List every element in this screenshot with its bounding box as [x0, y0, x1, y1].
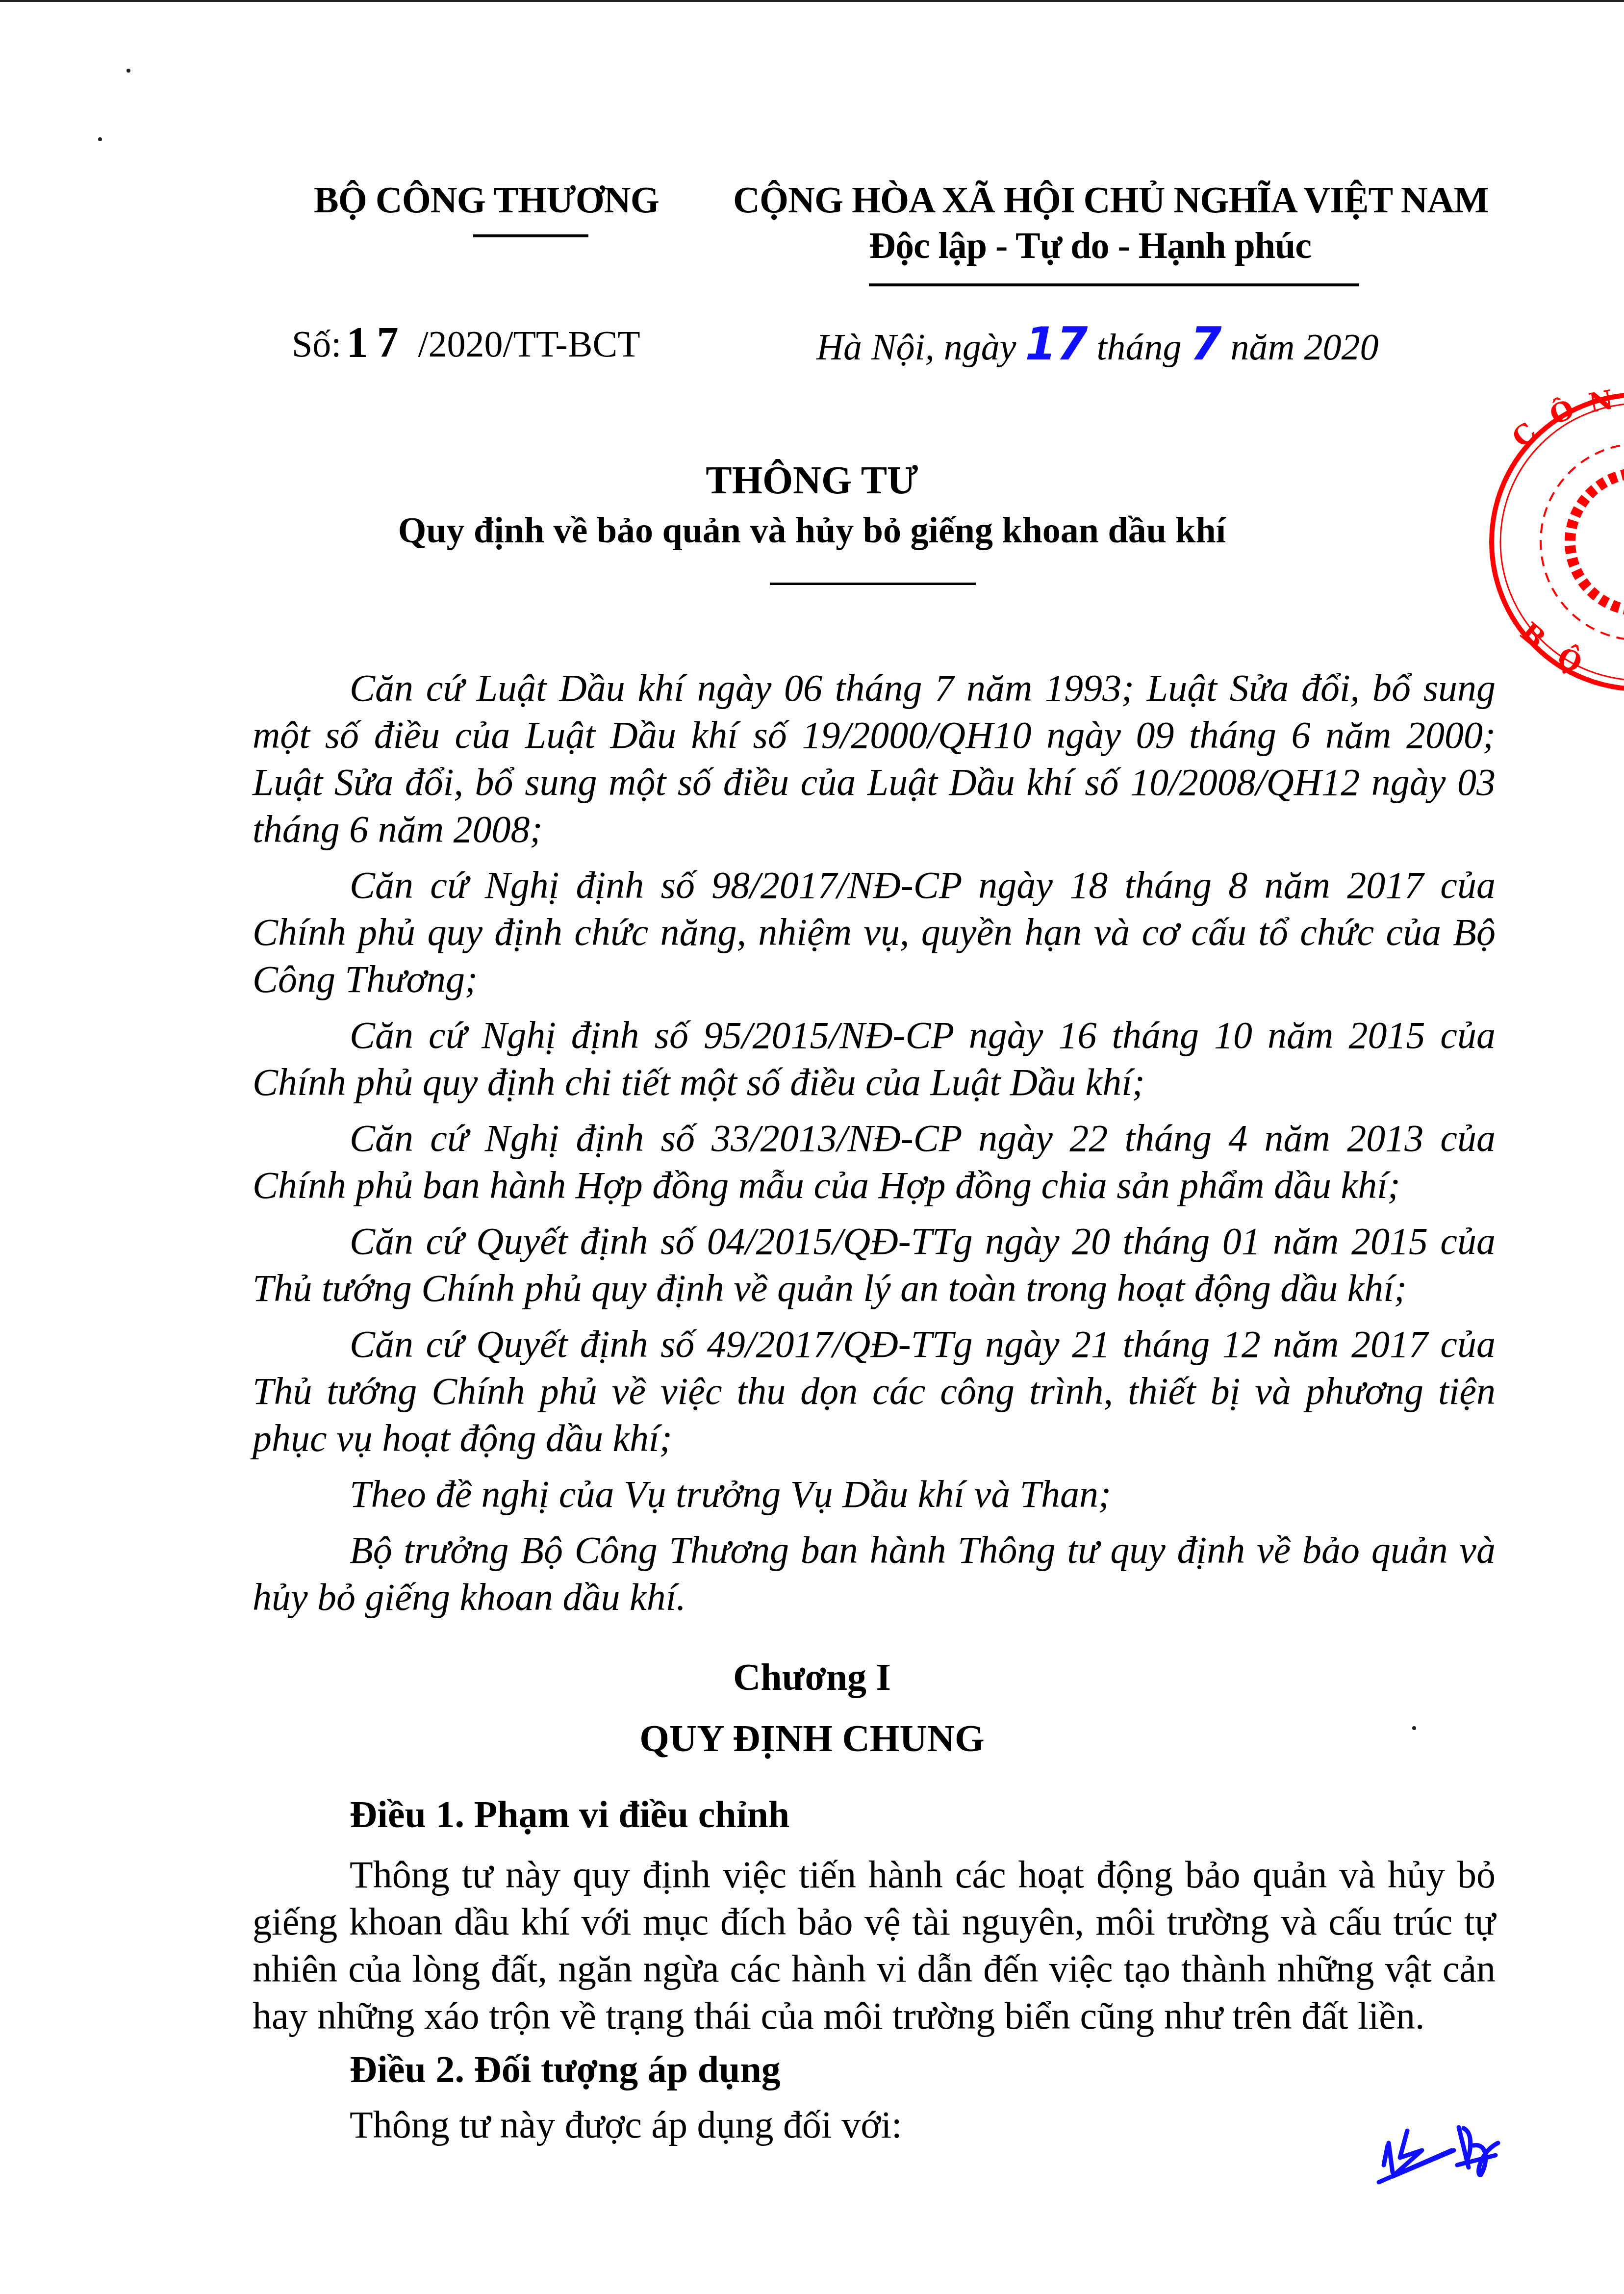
preamble-item: Căn cứ Quyết định số 49/2017/QĐ-TTg ngày…: [253, 1321, 1496, 1462]
scan-speck: [98, 137, 102, 141]
preamble: Căn cứ Luật Dầu khí ngày 06 tháng 7 năm …: [253, 664, 1496, 1630]
number-prefix: Số:: [292, 324, 341, 365]
document-subtitle: Quy định về bảo quản và hủy bỏ giếng kho…: [0, 510, 1624, 552]
date-month-label: tháng: [1096, 327, 1181, 368]
title-underline: [770, 583, 976, 585]
handwritten-month: 7: [1191, 318, 1222, 370]
preamble-item: Căn cứ Nghị định số 98/2017/NĐ-CP ngày 1…: [253, 862, 1496, 1003]
document-number: Số:17/2020/TT-BCT: [292, 318, 640, 367]
chapter-title: QUY ĐỊNH CHUNG: [0, 1716, 1624, 1760]
chapter-label: Chương I: [0, 1655, 1624, 1699]
agency-underline: [473, 234, 588, 237]
article-2-body: Thông tư này được áp dụng đối với:: [253, 2101, 1496, 2157]
article-2-heading: Điều 2. Đối tượng áp dụng: [350, 2047, 781, 2091]
preamble-item: Căn cứ Luật Dầu khí ngày 06 tháng 7 năm …: [253, 664, 1496, 853]
handwritten-initials-icon: [1373, 2123, 1520, 2192]
national-motto: Độc lập - Tự do - Hạnh phúc: [869, 225, 1311, 267]
motto-underline: [869, 283, 1359, 286]
article-1-body: Thông tư này quy định việc tiến hành các…: [253, 1851, 1496, 2048]
preamble-item: Căn cứ Nghị định số 33/2013/NĐ-CP ngày 2…: [253, 1115, 1496, 1209]
scan-speck: [127, 69, 130, 73]
number-suffix: /2020/TT-BCT: [418, 324, 640, 365]
svg-text:N: N: [1586, 383, 1616, 419]
svg-text:Ộ: Ộ: [1553, 639, 1588, 679]
preamble-item: Căn cứ Quyết định số 04/2015/QĐ-TTg ngày…: [253, 1218, 1496, 1312]
svg-text:B: B: [1515, 616, 1552, 654]
handwritten-day: 17: [1025, 318, 1088, 370]
scan-top-edge: [0, 0, 1624, 2]
country-name: CỘNG HÒA XÃ HỘI CHỦ NGHĨA VIỆT NAM: [733, 179, 1488, 222]
date-line: Hà Nội, ngày17tháng7năm 2020: [816, 318, 1379, 370]
article-paragraph: Thông tư này được áp dụng đối với:: [253, 2101, 1496, 2148]
preamble-item: Theo đề nghị của Vụ trưởng Vụ Dầu khí và…: [253, 1471, 1496, 1518]
preamble-item: Bộ trưởng Bộ Công Thương ban hành Thông …: [253, 1527, 1496, 1621]
article-1-heading: Điều 1. Phạm vi điều chỉnh: [350, 1792, 789, 1836]
date-place: Hà Nội, ngày: [816, 327, 1016, 368]
handwritten-number: 17: [346, 319, 407, 366]
document-type-title: THÔNG TƯ: [0, 459, 1624, 503]
article-paragraph: Thông tư này quy định việc tiến hành các…: [253, 1851, 1496, 2039]
preamble-item: Căn cứ Nghị định số 95/2015/NĐ-CP ngày 1…: [253, 1012, 1496, 1106]
agency-name: BỘ CÔNG THƯƠNG: [314, 179, 659, 222]
date-year: năm 2020: [1231, 327, 1379, 368]
